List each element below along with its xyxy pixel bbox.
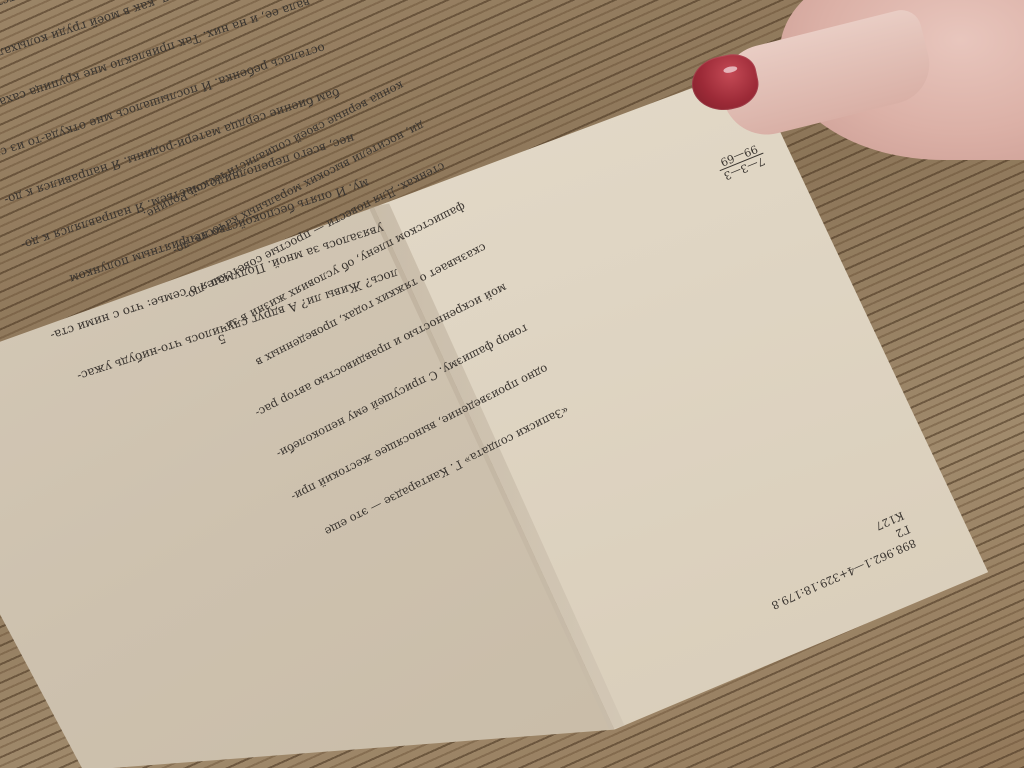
hand — [720, 0, 1024, 170]
